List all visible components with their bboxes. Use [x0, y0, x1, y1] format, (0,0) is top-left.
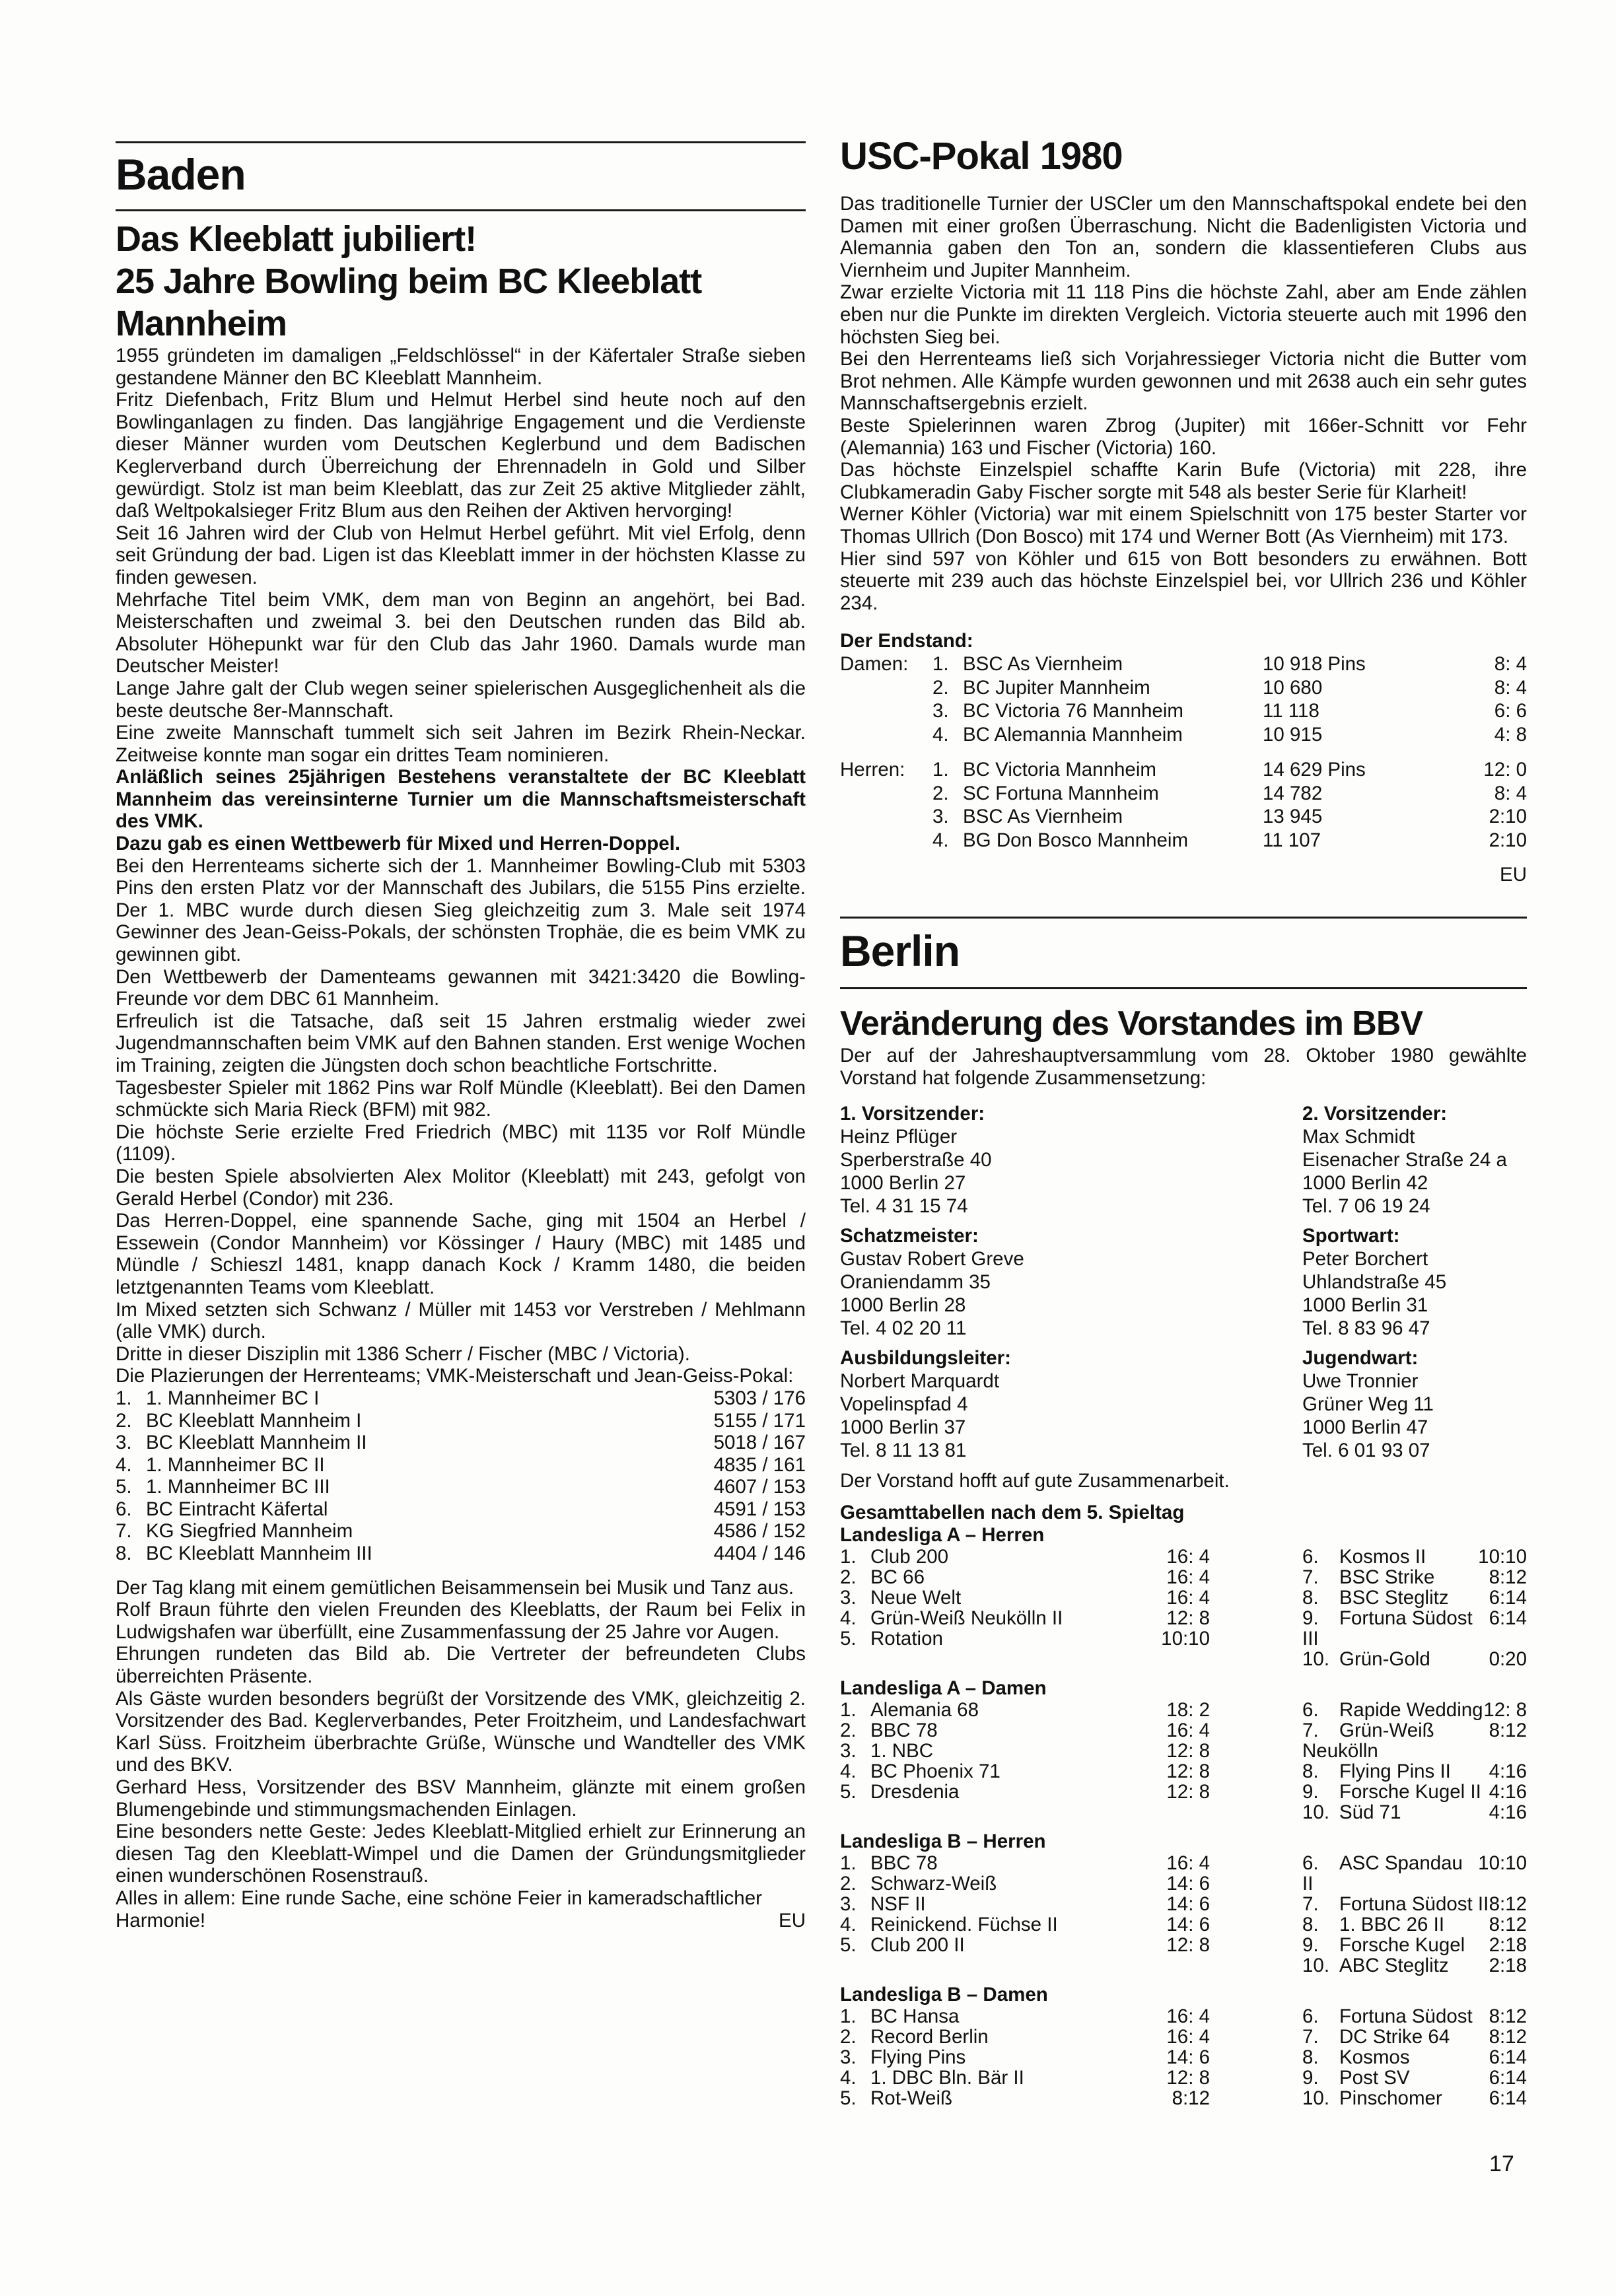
berlin-intro: Der auf der Jahreshauptversammlung vom 2…: [840, 1045, 1527, 1089]
closing-text: Harmonie!: [116, 1910, 205, 1932]
paragraph: Eine besonders nette Geste: Jedes Kleebl…: [116, 1821, 806, 1887]
paragraph: Zwar erzielte Victoria mit 11 118 Pins d…: [840, 281, 1527, 348]
team-name: KG Siegfried Mannheim: [146, 1520, 615, 1543]
headline-line: Das Kleeblatt jubiliert!: [116, 218, 806, 260]
league-table: Landesliga A – Damen 1.Alemania 68 2.BBC…: [840, 1677, 1527, 1823]
table-row: 3. BC Victoria 76 Mannheim 11 118 6: 6: [840, 699, 1527, 723]
paragraph: Tagesbester Spieler mit 1862 Pins war Ro…: [116, 1077, 806, 1121]
paragraph: Eine zweite Mannschaft tummelt sich seit…: [116, 722, 806, 766]
table-row: 5.Rotation: [840, 1628, 1117, 1649]
table-row: 6.Fortuna Südost8:12: [1302, 2006, 1527, 2027]
paragraph: Die besten Spiele absolvierten Alex Moli…: [116, 1165, 806, 1210]
board-entry: 1. Vorsitzender: Heinz Pflüger Sperberst…: [840, 1102, 1302, 1218]
table-row: 2.BBC 78: [840, 1720, 1117, 1741]
team-name: BC Kleeblatt Mannheim II: [146, 1432, 615, 1454]
board-role: 1. Vorsitzender:: [840, 1102, 1302, 1125]
board-role: 2. Vorsitzender:: [1302, 1102, 1527, 1125]
team-score: 4591 / 153: [615, 1498, 806, 1521]
board-role: Ausbildungsleiter:: [840, 1346, 1302, 1370]
table-row: 6.ASC Spandau II10:10: [1302, 1853, 1527, 1894]
team-name: 1. Mannheimer BC I: [146, 1387, 615, 1410]
section-rule-top: [840, 917, 1527, 919]
team-name: BC Eintracht Käfertal: [146, 1498, 615, 1521]
board-entry: Schatzmeister: Gustav Robert Greve Orani…: [840, 1224, 1302, 1340]
paragraph: Dritte in dieser Disziplin mit 1386 Sche…: [116, 1343, 806, 1366]
table-row: 2.BC Kleeblatt Mannheim I5155 / 171: [116, 1410, 806, 1432]
table-row: 2. SC Fortuna Mannheim 14 782 8: 4: [840, 782, 1527, 806]
table-row: 8.BC Kleeblatt Mannheim III4404 / 146: [116, 1543, 806, 1565]
table-row: 1.BBC 78: [840, 1853, 1117, 1873]
table-row: 4. BC Alemannia Mannheim 10 915 4: 8: [840, 723, 1527, 747]
league-table: Landesliga A – Herren 1.Club 200 2.BC 66…: [840, 1524, 1527, 1669]
table-row: 4.1. DBC Bln. Bär II: [840, 2068, 1117, 2088]
section-rule-bottom: [116, 209, 806, 211]
table-row: 6.BC Eintracht Käfertal4591 / 153: [116, 1498, 806, 1521]
bold-paragraph: Anläßlich seines 25jährigen Bestehens ve…: [116, 766, 806, 833]
paragraph: Hier sind 597 von Köhler und 615 von Bot…: [840, 548, 1527, 615]
paragraph: Beste Spielerinnen waren Zbrog (Jupiter)…: [840, 415, 1527, 459]
member-street: Vopelinspfad 4: [840, 1393, 1302, 1416]
member-city: 1000 Berlin 47: [1302, 1416, 1527, 1439]
team-score: 5018 / 167: [615, 1432, 806, 1454]
paragraph: Bei den Herrenteams sicherte sich der 1.…: [116, 855, 806, 966]
team-name: 1. Mannheimer BC II: [146, 1454, 615, 1477]
member-name: Norbert Marquardt: [840, 1370, 1302, 1393]
table-row: 4. BG Don Bosco Mannheim 11 107 2:10: [840, 829, 1527, 852]
member-street: Oraniendamm 35: [840, 1270, 1302, 1294]
team-name: BC Kleeblatt Mannheim I: [146, 1410, 615, 1432]
member-city: 1000 Berlin 27: [840, 1171, 1302, 1195]
team-score: 4404 / 146: [615, 1543, 806, 1565]
paragraph: Lange Jahre galt der Club wegen seiner s…: [116, 678, 806, 722]
table-row: 3. BSC As Viernheim 13 945 2:10: [840, 805, 1527, 829]
table-row: 3.NSF II: [840, 1894, 1117, 1914]
table-row: 6.Kosmos II10:10: [1302, 1547, 1527, 1567]
member-street: Grüner Weg 11: [1302, 1393, 1527, 1416]
team-score: 4607 / 153: [615, 1476, 806, 1498]
herrenteams-ranking-table: 1.1. Mannheimer BC I5303 / 176 2.BC Klee…: [116, 1387, 806, 1565]
table-row: 6.Rapide Wedding12: 8: [1302, 1700, 1527, 1720]
league-title: Landesliga B – Herren: [840, 1830, 1527, 1853]
table-row: 7.DC Strike 648:12: [1302, 2027, 1527, 2047]
paragraph: Werner Köhler (Victoria) war mit einem S…: [840, 503, 1527, 547]
member-street: Eisenacher Straße 24 a: [1302, 1148, 1527, 1171]
group-label: Damen:: [840, 652, 932, 676]
table-row: 9.Fortuna Südost III6:14: [1302, 1608, 1527, 1649]
table-row: 10.ABC Steglitz2:18: [1302, 1955, 1527, 1976]
member-phone: Tel. 8 11 13 81: [840, 1439, 1302, 1462]
member-name: Max Schmidt: [1302, 1125, 1527, 1148]
table-row: 9.Forsche Kugel II4:16: [1302, 1782, 1527, 1802]
team-score: 4835 / 161: [615, 1454, 806, 1477]
table-row: 3.Neue Welt: [840, 1587, 1117, 1608]
table-row: 4.BC Phoenix 71: [840, 1761, 1117, 1782]
team-score: 5303 / 176: [615, 1387, 806, 1410]
region-heading-baden: Baden: [116, 153, 806, 196]
article-body: 1955 gründeten im damaligen „Feldschlöss…: [116, 345, 806, 1387]
table-row: 9.Post SV6:14: [1302, 2068, 1527, 2088]
table-row: 4.Reinickend. Füchse II: [840, 1914, 1117, 1935]
article-headline: Das Kleeblatt jubiliert! 25 Jahre Bowlin…: [116, 218, 806, 345]
paragraph: Fritz Diefenbach, Fritz Blum und Helmut …: [116, 389, 806, 522]
team-name: 1. Mannheimer BC III: [146, 1476, 615, 1498]
paragraph: 1955 gründeten im damaligen „Feldschlöss…: [116, 345, 806, 389]
tables-heading: Gesamttabellen nach dem 5. Spieltag: [840, 1502, 1527, 1524]
board-entry: 2. Vorsitzender: Max Schmidt Eisenacher …: [1302, 1102, 1527, 1218]
section-rule-top: [116, 141, 806, 143]
paragraph: Mehrfache Titel beim VMK, dem man von Be…: [116, 589, 806, 678]
table-row: 5.1. Mannheimer BC III4607 / 153: [116, 1476, 806, 1498]
table-row: 5.Dresdenia: [840, 1782, 1117, 1802]
paragraph: Die Plazierungen der Herrenteams; VMK-Me…: [116, 1365, 806, 1387]
table-row: 8.Flying Pins II4:16: [1302, 1761, 1527, 1782]
table-row: 2.Schwarz-Weiß: [840, 1873, 1117, 1894]
bold-paragraph: Dazu gab es einen Wettbewerb für Mixed u…: [116, 833, 806, 855]
table-row: 8.1. BBC 26 II8:12: [1302, 1914, 1527, 1935]
table-row: 8.BSC Steglitz6:14: [1302, 1587, 1527, 1608]
table-row: 1.Club 200: [840, 1547, 1117, 1567]
usc-article-body: Das traditionelle Turnier der USCler um …: [840, 193, 1527, 614]
table-row: 4.Grün-Weiß Neukölln II: [840, 1608, 1117, 1628]
paragraph: Gerhard Hess, Vorsitzender des BSV Mannh…: [116, 1776, 806, 1821]
closing-paragraph: Alles in allem: Eine runde Sache, eine s…: [116, 1887, 806, 1910]
table-row: 2.BC 66: [840, 1567, 1117, 1587]
board-entry: Sportwart: Peter Borchert Uhlandstraße 4…: [1302, 1224, 1527, 1340]
table-row: 10.Grün-Gold0:20: [1302, 1649, 1527, 1669]
right-column: USC-Pokal 1980 Das traditionelle Turnier…: [840, 0, 1527, 2116]
headline-line: Mannheim: [116, 302, 806, 345]
table-row: 4.1. Mannheimer BC II4835 / 161: [116, 1454, 806, 1477]
table-row: 8.Kosmos6:14: [1302, 2047, 1527, 2068]
table-row: 10.Süd 714:16: [1302, 1802, 1527, 1823]
board-closing: Der Vorstand hofft auf gute Zusammenarbe…: [840, 1470, 1527, 1492]
board-role: Jugendwart:: [1302, 1346, 1527, 1370]
table-row: 3.BC Kleeblatt Mannheim II5018 / 167: [116, 1432, 806, 1454]
table-row: 7.Fortuna Südost II8:12: [1302, 1894, 1527, 1914]
member-phone: Tel. 7 06 19 24: [1302, 1195, 1527, 1218]
member-street: Uhlandstraße 45: [1302, 1270, 1527, 1294]
member-name: Uwe Tronnier: [1302, 1370, 1527, 1393]
table-row: 3.Flying Pins: [840, 2047, 1117, 2068]
paragraph: Die höchste Serie erzielte Fred Friedric…: [116, 1121, 806, 1165]
board-role: Schatzmeister:: [840, 1224, 1302, 1247]
member-name: Heinz Pflüger: [840, 1125, 1302, 1148]
paragraph: Das traditionelle Turnier der USCler um …: [840, 193, 1527, 281]
table-row: 10.Pinschomer6:14: [1302, 2088, 1527, 2108]
member-city: 1000 Berlin 42: [1302, 1171, 1527, 1195]
board-entry: Jugendwart: Uwe Tronnier Grüner Weg 11 1…: [1302, 1346, 1527, 1462]
author-signature: EU: [840, 864, 1527, 886]
group-label: Herren:: [840, 758, 932, 782]
table-row: Damen: 1. BSC As Viernheim 10 918 Pins 8…: [840, 652, 1527, 676]
paragraph: Der Tag klang mit einem gemütlichen Beis…: [116, 1577, 806, 1599]
league-table: Landesliga B – Damen 1.BC Hansa 2.Record…: [840, 1984, 1527, 2108]
table-row: 7.Grün-Weiß Neukölln8:12: [1302, 1720, 1527, 1761]
table-row: 7.KG Siegfried Mannheim4586 / 152: [116, 1520, 806, 1543]
member-city: 1000 Berlin 37: [840, 1416, 1302, 1439]
paragraph: Im Mixed setzten sich Schwanz / Müller m…: [116, 1299, 806, 1343]
paragraph: Das Herren-Doppel, eine spannende Sache,…: [116, 1210, 806, 1298]
endstand-heading: Der Endstand:: [840, 630, 1527, 652]
author-signature: EU: [779, 1910, 806, 1932]
team-score: 4586 / 152: [615, 1520, 806, 1543]
left-column: Baden Das Kleeblatt jubiliert! 25 Jahre …: [116, 0, 806, 1931]
member-street: Sperberstraße 40: [840, 1148, 1302, 1171]
region-heading-berlin: Berlin: [840, 929, 1527, 973]
league-title: Landesliga A – Damen: [840, 1677, 1527, 1700]
member-name: Peter Borchert: [1302, 1247, 1527, 1270]
member-phone: Tel. 4 31 15 74: [840, 1195, 1302, 1218]
usc-pokal-title: USC-Pokal 1980: [840, 137, 1527, 176]
table-row: 2. BC Jupiter Mannheim 10 680 8: 4: [840, 676, 1527, 700]
table-row: 1.1. Mannheimer BC I5303 / 176: [116, 1387, 806, 1410]
page-number: 17: [1489, 2151, 1514, 2177]
table-row: 2.Record Berlin: [840, 2027, 1117, 2047]
member-name: Gustav Robert Greve: [840, 1247, 1302, 1270]
member-phone: Tel. 4 02 20 11: [840, 1317, 1302, 1340]
table-row: Herren: 1. BC Victoria Mannheim 14 629 P…: [840, 758, 1527, 782]
article-body-continued: Der Tag klang mit einem gemütlichen Beis…: [116, 1577, 806, 1932]
paragraph: Ehrungen rundeten das Bild ab. Die Vertr…: [116, 1643, 806, 1687]
paragraph: Seit 16 Jahren wird der Club von Helmut …: [116, 522, 806, 589]
member-city: 1000 Berlin 28: [840, 1294, 1302, 1317]
league-table: Landesliga B – Herren 1.BBC 78 2.Schwarz…: [840, 1830, 1527, 1976]
table-row: 1.BC Hansa: [840, 2006, 1117, 2027]
team-score: 5155 / 171: [615, 1410, 806, 1432]
paragraph: Bei den Herrenteams ließ sich Vorjahress…: [840, 348, 1527, 415]
table-row: 1.Alemania 68: [840, 1700, 1117, 1720]
board-entry: Ausbildungsleiter: Norbert Marquardt Vop…: [840, 1346, 1302, 1462]
endstand-table: Damen: 1. BSC As Viernheim 10 918 Pins 8…: [840, 652, 1527, 852]
paragraph: Den Wettbewerb der Damenteams gewannen m…: [116, 966, 806, 1010]
table-row: 7.BSC Strike8:12: [1302, 1567, 1527, 1587]
closing-line: Harmonie! EU: [116, 1910, 806, 1932]
board-members: 1. Vorsitzender: Heinz Pflüger Sperberst…: [840, 1102, 1527, 1469]
paragraph: Erfreulich ist die Tatsache, daß seit 15…: [116, 1010, 806, 1077]
headline-line: 25 Jahre Bowling beim BC Kleeblatt: [116, 260, 806, 302]
league-title: Landesliga A – Herren: [840, 1524, 1527, 1547]
paragraph: Als Gäste wurden besonders begrüßt der V…: [116, 1688, 806, 1776]
league-title: Landesliga B – Damen: [840, 1984, 1527, 2006]
team-name: BC Kleeblatt Mannheim III: [146, 1543, 615, 1565]
member-city: 1000 Berlin 31: [1302, 1294, 1527, 1317]
member-phone: Tel. 8 83 96 47: [1302, 1317, 1527, 1340]
table-row: 5.Club 200 II: [840, 1935, 1117, 1955]
paragraph: Das höchste Einzelspiel schaffte Karin B…: [840, 459, 1527, 503]
table-row: 9.Forsche Kugel2:18: [1302, 1935, 1527, 1955]
table-row: 5.Rot-Weiß: [840, 2088, 1117, 2108]
berlin-headline: Veränderung des Vorstandes im BBV: [840, 1002, 1527, 1045]
board-role: Sportwart:: [1302, 1224, 1527, 1247]
section-rule-bottom: [840, 987, 1527, 989]
league-tables: Landesliga A – Herren 1.Club 200 2.BC 66…: [840, 1524, 1527, 2108]
member-phone: Tel. 6 01 93 07: [1302, 1439, 1527, 1462]
table-row: 3.1. NBC: [840, 1741, 1117, 1761]
paragraph: Rolf Braun führte den vielen Freunden de…: [116, 1599, 806, 1643]
